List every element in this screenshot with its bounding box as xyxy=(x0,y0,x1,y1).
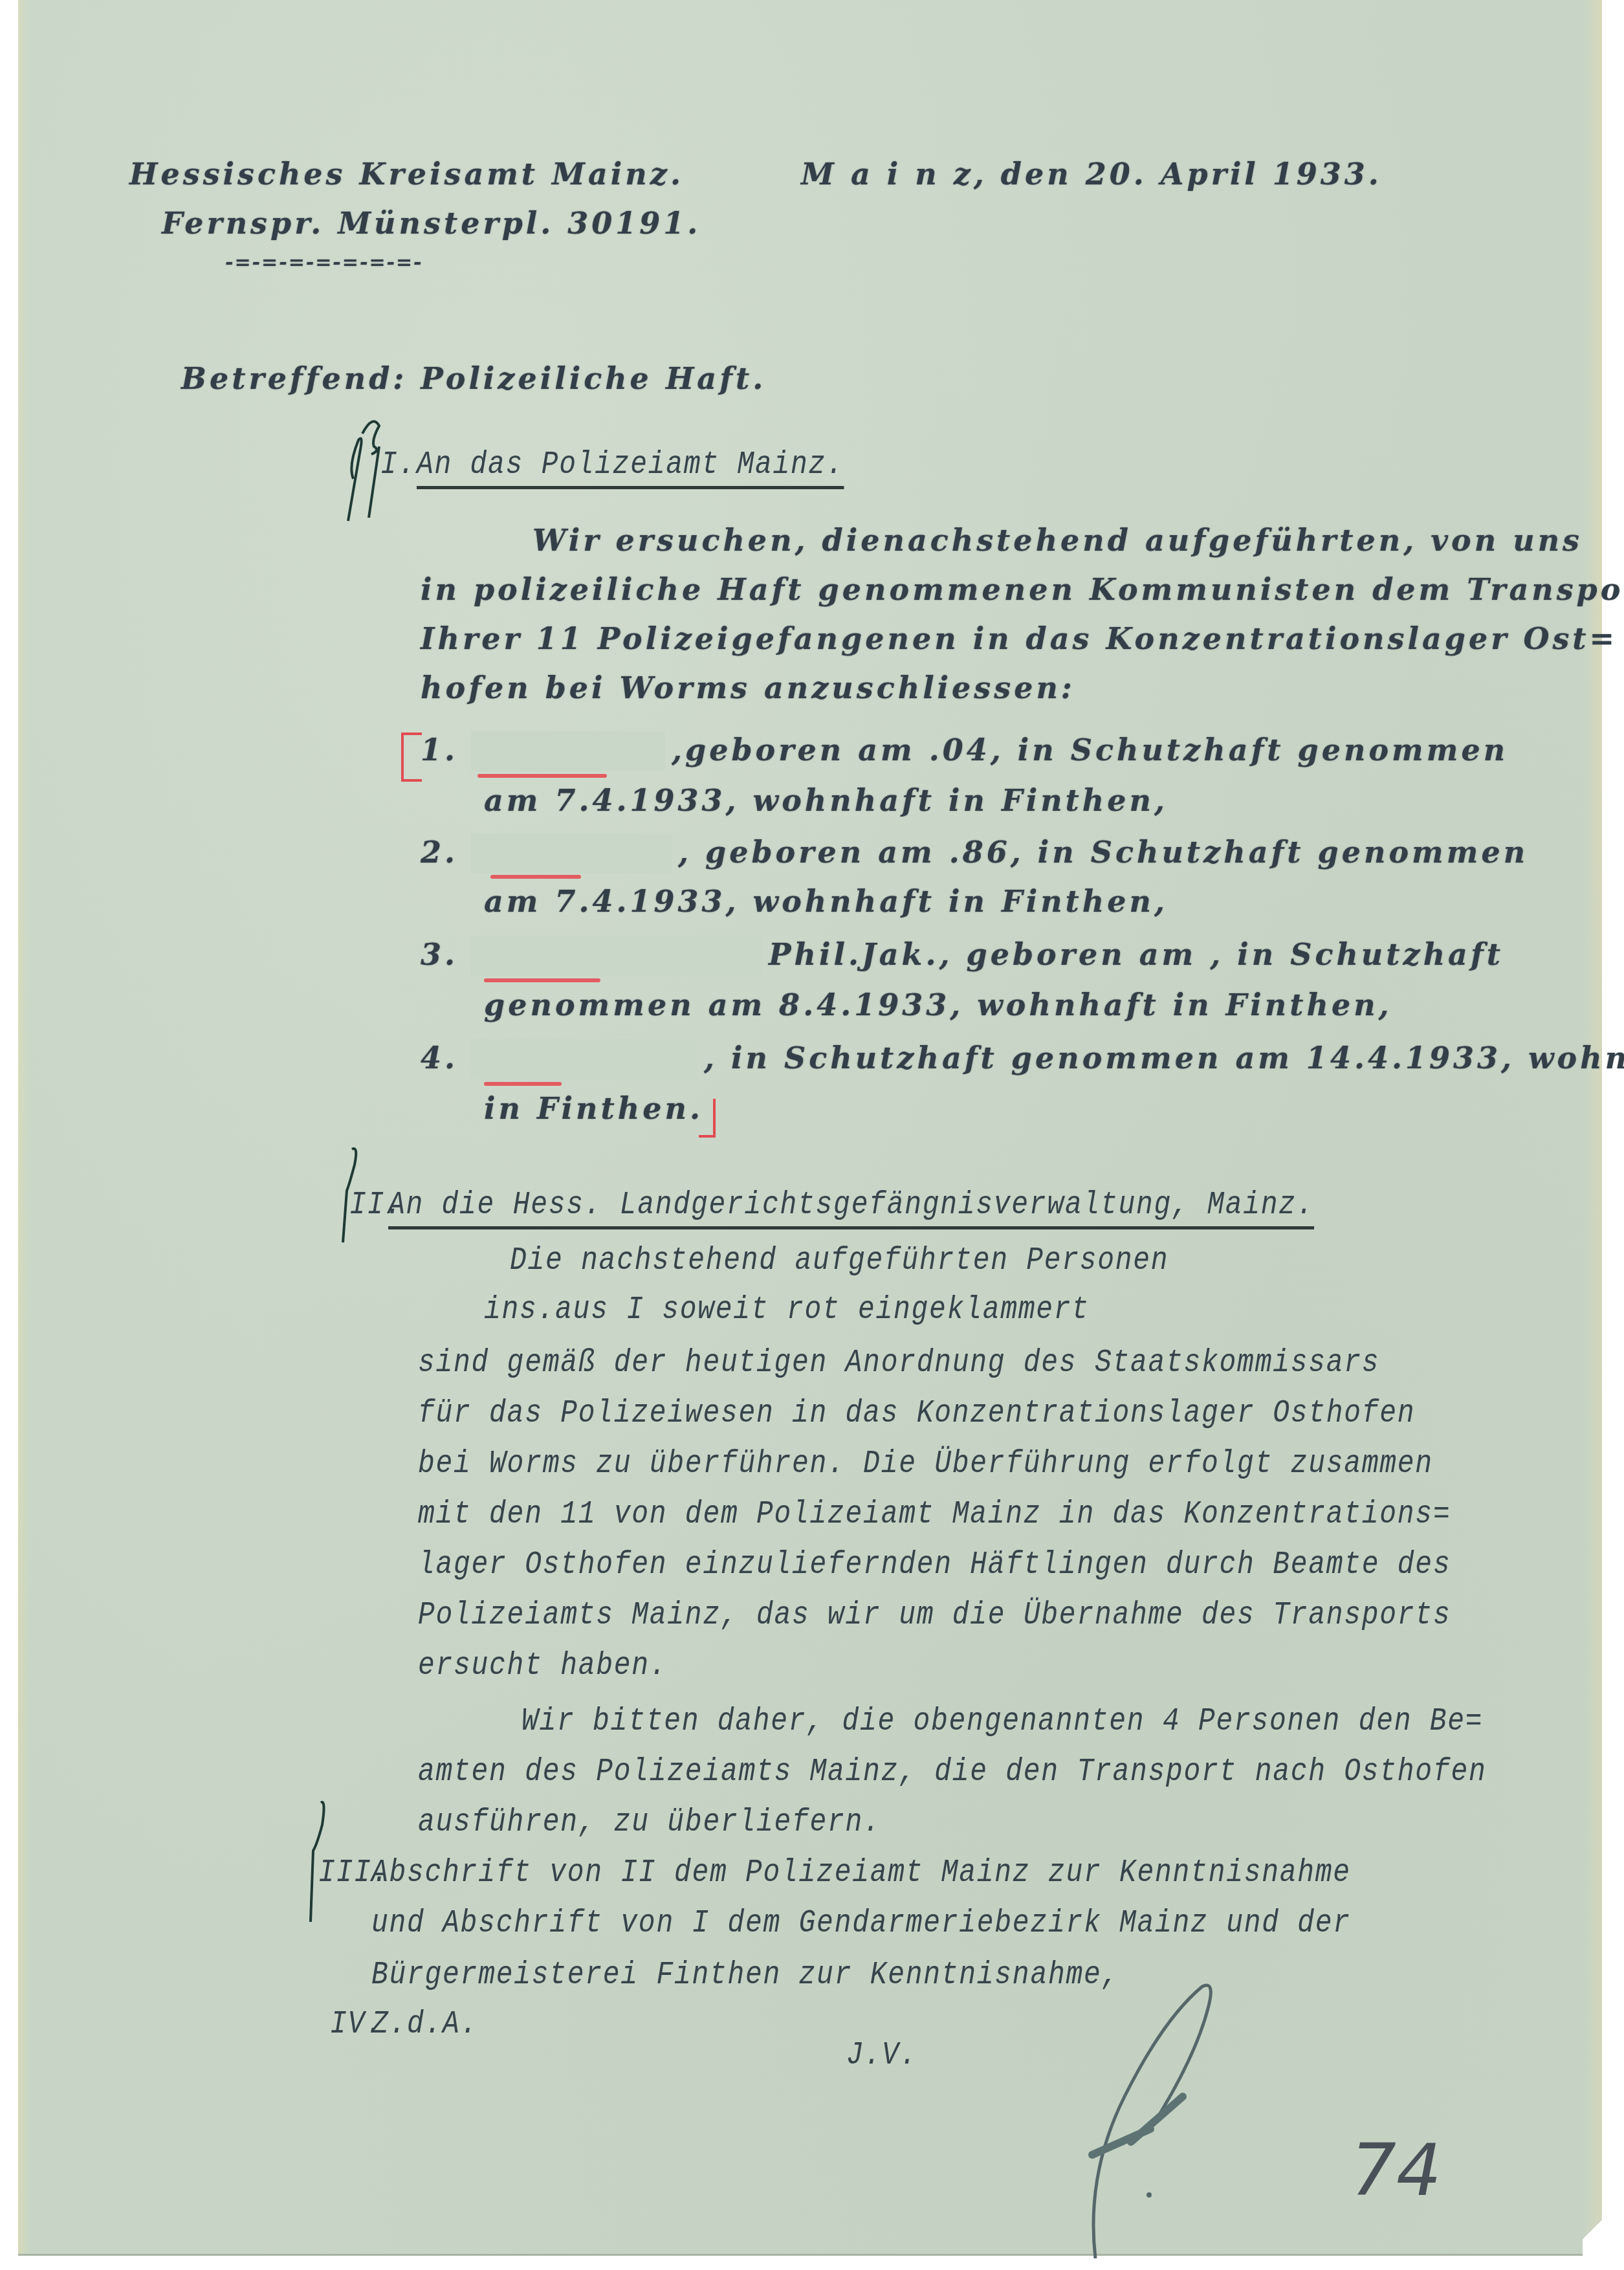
list-item-number: 3. xyxy=(421,937,458,972)
list-item-line1: , geboren am .86, in Schutzhaft genommen xyxy=(678,835,1528,870)
redaction xyxy=(471,1039,697,1079)
redaction xyxy=(471,833,672,874)
red-underline xyxy=(484,1082,562,1086)
section-i-number: I. xyxy=(380,446,416,483)
list-item-line2: genommen am 8.4.1933, wohnhaft in Finthe… xyxy=(484,987,1392,1022)
section-iii-body-line: Bürgermeisterei Finthen zur Kenntnisnahm… xyxy=(371,1957,1119,1994)
section-i-body-line: Ihrer 11 Polizeigefangenen in das Konzen… xyxy=(421,621,1618,656)
letterhead-office: Hessisches Kreisamt Mainz. xyxy=(129,157,684,192)
list-item-number: 4. xyxy=(421,1041,458,1075)
section-ii-body-line: amten des Polizeiamts Mainz, die den Tra… xyxy=(418,1754,1486,1791)
list-item-line1: Phil.Jak., geboren am , in Schutzhaft xyxy=(769,937,1504,972)
section-ii-body-line: Wir bitten daher, die obengenannten 4 Pe… xyxy=(521,1703,1483,1740)
list-item-line1: , in Schutzhaft genommen am 14.4.1933, w… xyxy=(704,1041,1624,1075)
section-ii-body-line: sind gemäß der heutigen Anordnung des St… xyxy=(418,1345,1379,1382)
section-ii-body-line: Die nachstehend aufgeführten Personen xyxy=(510,1242,1169,1279)
list-item-line1: ,geboren am .04, in Schutzhaft genommen xyxy=(672,733,1508,767)
page-number: 74 xyxy=(1351,2129,1442,2212)
red-underline xyxy=(484,978,600,982)
list-item-line2: in Finthen. xyxy=(484,1091,703,1126)
list-item-line2: am 7.4.1933, wohnhaft in Finthen, xyxy=(484,783,1168,818)
red-underline xyxy=(477,774,607,778)
section-i-body-line: hofen bei Worms anzuschliessen: xyxy=(421,670,1075,705)
section-ii-body-line: Polizeiamts Mainz, das wir um die Überna… xyxy=(418,1597,1451,1634)
section-ii-body-line: mit den 11 von dem Polizeiamt Mainz in d… xyxy=(418,1496,1451,1533)
section-ii-heading: An die Hess. Landgerichtsgefängnisverwal… xyxy=(388,1187,1314,1229)
list-item-line2: am 7.4.1933, wohnhaft in Finthen, xyxy=(484,884,1168,919)
list-item-number: 2. xyxy=(421,835,458,870)
section-iii-body-line: und Abschrift von I dem Gendarmeriebezir… xyxy=(371,1905,1351,1942)
section-i-body-line: Wir ersuchen, dienachstehend aufgeführte… xyxy=(532,523,1583,558)
place-date: M a i n z, den 20. April 1933. xyxy=(801,157,1382,192)
letterhead-phone: Fernspr. Münsterpl. 30191. xyxy=(162,206,701,241)
document-page: Hessisches Kreisamt Mainz. Fernspr. Müns… xyxy=(18,0,1602,2256)
section-i-heading: An das Polizeiamt Mainz. xyxy=(417,446,844,489)
section-ii-body-line: ins.aus I soweit rot eingeklammert xyxy=(484,1292,1090,1328)
subject-line: Betreffend: Polizeiliche Haft. xyxy=(181,361,766,396)
section-iii-body-line: Abschrift von II dem Polizeiamt Mainz zu… xyxy=(371,1855,1351,1891)
section-i-body-line: in polizeiliche Haft genommenen Kommunis… xyxy=(421,572,1624,607)
redaction xyxy=(471,731,665,771)
signature-prefix: J.V. xyxy=(846,2037,917,2074)
red-open-bracket xyxy=(401,733,422,782)
section-ii-body-line: ersucht haben. xyxy=(418,1647,667,1684)
section-ii-body-line: ausführen, zu überliefern. xyxy=(418,1804,881,1841)
section-ii-body-line: lager Osthofen einzuliefernden Häftlinge… xyxy=(418,1547,1451,1583)
list-item-number: 1. xyxy=(421,733,458,767)
red-underline xyxy=(490,875,581,879)
section-ii-body-line: bei Worms zu überführen. Die Überführung… xyxy=(418,1446,1433,1482)
red-close-bracket xyxy=(699,1099,716,1138)
redaction xyxy=(471,936,762,976)
section-ii-body-line: für das Polizeiwesen in das Konzentratio… xyxy=(418,1395,1415,1432)
section-iv-text: Z.d.A. xyxy=(371,2006,478,2043)
letterhead-rule: -=-=-=-=-=-=-=- xyxy=(225,251,423,274)
signature-icon xyxy=(1053,1980,1260,2265)
